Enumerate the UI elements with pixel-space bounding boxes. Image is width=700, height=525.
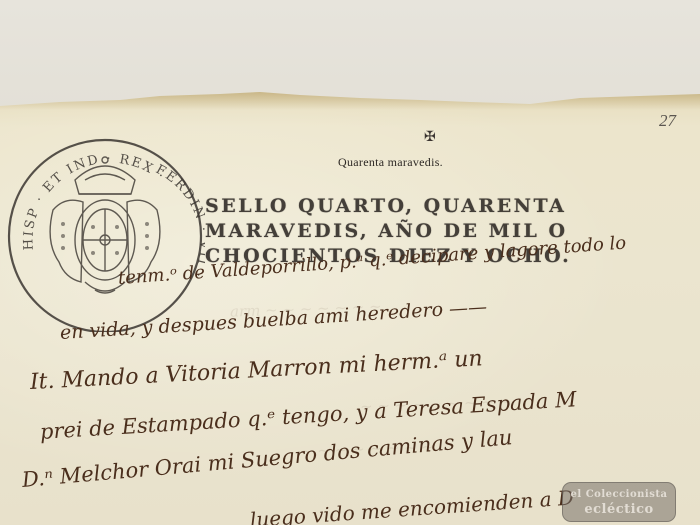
stamp-heading-line: Sello quarto, quarenta	[205, 194, 571, 219]
watermark-line2: ecléctico	[563, 502, 675, 517]
folio-number: 27	[659, 111, 676, 131]
coat-of-arms-icon: HISP · ET IND · REX · FERDIN · VII · D ·…	[5, 132, 205, 332]
cross-ornament-icon: ✠	[424, 129, 436, 146]
stamp-price-line: Quarenta maravedis.	[338, 155, 443, 170]
watermark-logo: el Coleccionista ecléctico	[562, 482, 676, 522]
royal-seal-stamp: HISP · ET IND · REX · FERDIN · VII · D ·…	[5, 132, 205, 332]
watermark-line1: el Coleccionista	[563, 487, 675, 502]
background-surface	[0, 0, 700, 110]
